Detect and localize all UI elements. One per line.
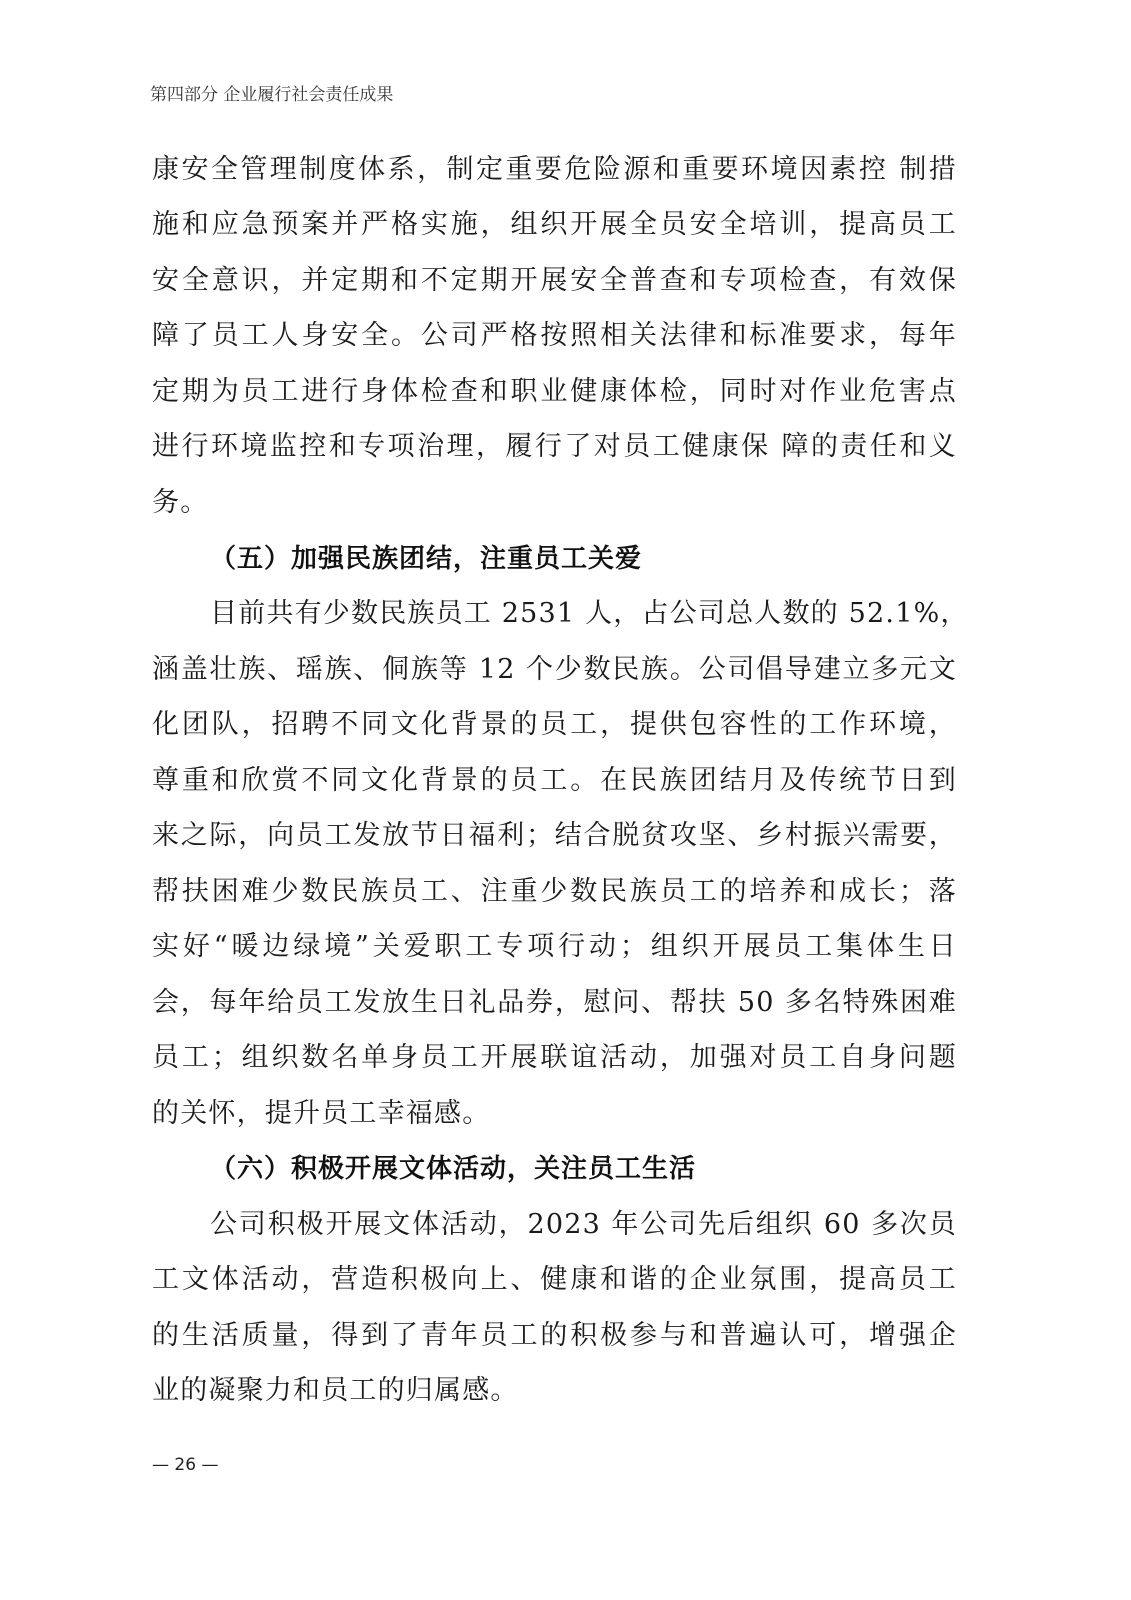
paragraph-line: 来之际，向员工发放节日福利；结合脱贫攻坚、乡村振兴需要，	[152, 819, 957, 853]
running-header: 第四部分 企业履行社会责任成果	[150, 80, 393, 105]
paragraph-line: 的生活质量，得到了青年员工的积极参与和普遍认可，增强企	[152, 1319, 957, 1353]
paragraph-line: 务。	[152, 486, 957, 520]
paragraph-line: 安全意识，并定期和不定期开展安全普查和专项检查，有效保	[152, 264, 957, 298]
section-heading-6: （六）积极开展文体活动，关注员工生活	[210, 1152, 696, 1186]
paragraph-line: 施和应急预案并严格实施，组织开展全员安全培训，提高员工	[152, 208, 957, 242]
paragraph-line: 会，每年给员工发放生日礼品券，慰问、帮扶 50 多名特殊困难	[152, 986, 957, 1020]
paragraph-line: 康安全管理制度体系，制定重要危险源和重要环境因素控 制措	[152, 153, 957, 187]
page-number: — 26 —	[152, 1455, 218, 1475]
paragraph-line: 定期为员工进行身体检查和职业健康体检，同时对作业危害点	[152, 375, 957, 409]
paragraph-line: 涵盖壮族、瑶族、侗族等 12 个少数民族。公司倡导建立多元文	[152, 653, 957, 687]
paragraph-line: 障了员工人身安全。公司严格按照相关法律和标准要求，每年	[152, 319, 957, 353]
paragraph-line: 化团队，招聘不同文化背景的员工，提供包容性的工作环境，	[152, 708, 957, 742]
paragraph-line: 的关怀，提升员工幸福感。	[152, 1097, 957, 1131]
paragraph-line: 工文体活动，营造积极向上、健康和谐的企业氛围，提高员工	[152, 1263, 957, 1297]
paragraph-line: 实好“暖边绿境”关爱职工专项行动；组织开展员工集体生日	[152, 930, 957, 964]
paragraph-line: 目前共有少数民族员工 2531 人，占公司总人数的 52.1%，	[210, 597, 957, 631]
paragraph-line: 员工；组织数名单身员工开展联谊活动，加强对员工自身问题	[152, 1041, 957, 1075]
paragraph-line: 进行环境监控和专项治理，履行了对员工健康保 障的责任和义	[152, 430, 957, 464]
paragraph-line: 公司积极开展文体活动，2023 年公司先后组织 60 多次员	[210, 1208, 957, 1242]
document-page: 第四部分 企业履行社会责任成果 康安全管理制度体系，制定重要危险源和重要环境因素…	[0, 0, 1131, 1600]
paragraph-line: 业的凝聚力和员工的归属感。	[152, 1374, 957, 1408]
paragraph-line: 帮扶困难少数民族员工、注重少数民族员工的培养和成长；落	[152, 875, 957, 909]
paragraph-line: 尊重和欣赏不同文化背景的员工。在民族团结月及传统节日到	[152, 764, 957, 798]
section-heading-5: （五）加强民族团结，注重员工关爱	[210, 542, 642, 576]
